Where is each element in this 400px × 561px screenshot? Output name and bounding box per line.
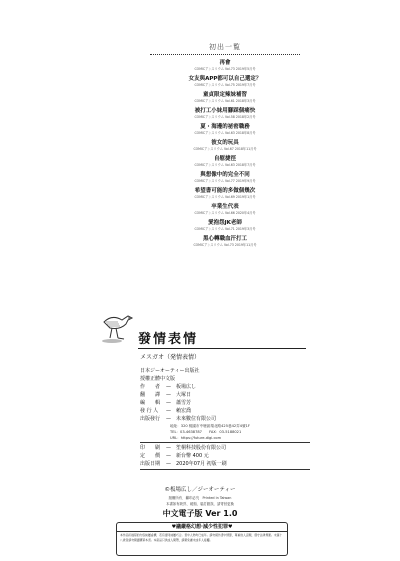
toc-item: 卒業生代表COMICアンスリウム Vol.66 2020年4月号	[150, 203, 300, 216]
toc-item: 再會COMICアンスリウム Vol.73 2019年5月号	[150, 59, 300, 72]
toc-item: 童貞限定辣妹補習COMICアンスリウム Vol.61 2018年3月号	[150, 91, 300, 104]
toc-divider	[150, 54, 300, 55]
credits-divider-bottom	[140, 469, 310, 470]
credit-row: 翻 譯— 大塚日	[140, 391, 310, 399]
toc-item: 被打工小妹用腳踩個痛快COMICアンスリウム Vol.58 2018年2月号	[150, 107, 300, 120]
credit-row: 出版日期— 2020年07月 初版一刷	[140, 460, 310, 468]
toc-item-source: COMICアンスリウム Vol.63 2018年8月号	[150, 131, 300, 136]
toc-item-source: COMICアンスリウム Vol.73 2019年11月号	[150, 243, 300, 248]
notice-heading: ♥議嚴格幻想·減少性犯罪♥	[117, 523, 287, 532]
toc-item-title: 黑心轉職血汗打工	[150, 235, 300, 243]
toc-item-title: 愛抱怨JK老師	[150, 219, 300, 227]
credit-row: 定 價— 新台幣 400 元	[140, 452, 310, 460]
toc-list: 再會COMICアンスリウム Vol.73 2019年5月号女友與APP都可以自己…	[150, 59, 300, 248]
toc-title: 初出一覧	[150, 42, 300, 52]
toc-item-title: 被打工小妹用腳踩個痛快	[150, 107, 300, 115]
credit-value: — 笙桐科技股份有限公司	[166, 444, 310, 452]
toc-item-source: COMICアンスリウム Vol.75 2019年7月号	[150, 83, 300, 88]
bird-logo-icon	[98, 308, 138, 346]
copyright: ©板場広し／ジーオーティー	[120, 485, 280, 493]
print-rows: 印 刷— 笙桐科技股份有限公司定 價— 新台幣 400 元出版日期— 2020年…	[140, 444, 310, 468]
toc-item: 夏・海邊的祕密職務COMICアンスリウム Vol.63 2018年8月号	[150, 123, 300, 136]
toc-item-title: 希望書可能的多做個幾次	[150, 187, 300, 195]
toc-item: 愛抱怨JK老師COMICアンスリウム Vol.71 2019年3月号	[150, 219, 300, 232]
credit-label: 定 價	[140, 452, 166, 460]
credit-value: — 蕭雪芳	[166, 399, 310, 407]
toc-item: 與想像中的完全不同COMICアンスリウム Vol.77 2019年9月号	[150, 171, 300, 184]
credits-divider	[140, 442, 310, 443]
toc-item-source: COMICアンスリウム Vol.63 2018年7月号	[150, 163, 300, 168]
toc-item: 希望書可能的多做個幾次COMICアンスリウム Vol.69 2019年1月号	[150, 187, 300, 200]
toc-item: 彼女的玩具COMICアンスリウム Vol.67 2018年11月号	[150, 139, 300, 152]
credit-label: 印 刷	[140, 444, 166, 452]
credit-label: 編 輯	[140, 399, 166, 407]
credit-label: 出版日期	[140, 460, 166, 468]
toc-item-source: COMICアンスリウム Vol.73 2019年5月号	[150, 67, 300, 72]
toc-item-source: COMICアンスリウム Vol.71 2019年3月号	[150, 227, 300, 232]
credit-row: 出版發行— 未來數位有限公司	[140, 415, 310, 423]
edition-label: 中文電子版 Ver 1.0	[120, 508, 280, 519]
toc-item-title: 與想像中的完全不同	[150, 171, 300, 179]
credit-value: — 板場広し	[166, 383, 310, 391]
license-line: 授權正體中文版	[140, 375, 310, 383]
credit-value: — 2020年07月 初版一刷	[166, 460, 310, 468]
book-title: 發情表情	[138, 328, 198, 347]
toc-item-source: COMICアンスリウム Vol.67 2018年11月号	[150, 147, 300, 152]
toc-item-title: 夏・海邊的祕密職務	[150, 123, 300, 131]
title-divider	[138, 348, 306, 349]
original-title: メスガオ（発情表情）	[140, 352, 200, 361]
website-url: URL：https://future-digi.com	[140, 435, 310, 441]
credit-label: 出版發行	[140, 415, 166, 423]
credits-block: 日本ジーオーティー出版社 授權正體中文版 作 者— 板場広し翻 譯— 大塚日編 …	[140, 367, 310, 471]
credit-label: 翻 譯	[140, 391, 166, 399]
toc-item-source: COMICアンスリウム Vol.66 2020年4月号	[150, 211, 300, 216]
toc-section: 初出一覧 再會COMICアンスリウム Vol.73 2019年5月号女友與APP…	[150, 42, 300, 251]
credit-label: 發 行 人	[140, 407, 166, 415]
credit-value: — 未來數位有限公司	[166, 415, 310, 423]
printed-in: 版權所有．翻印必究 Printed in Taiwan	[120, 495, 280, 500]
toc-item: 自慰捷徑COMICアンスリウム Vol.63 2018年7月号	[150, 155, 300, 168]
toc-item-title: 再會	[150, 59, 300, 67]
toc-item-title: 童貞限定辣妹補習	[150, 91, 300, 99]
credit-row: 發 行 人— 賴宏喬	[140, 407, 310, 415]
toc-item-title: 彼女的玩具	[150, 139, 300, 147]
toc-item-title: 自慰捷徑	[150, 155, 300, 163]
notice-body: 本作品所描寫的內容純屬虛構，若有雷同純屬巧合。書中人物均已成年。請勿模仿書中情節…	[117, 532, 287, 556]
toc-item-source: COMICアンスリウム Vol.69 2019年1月号	[150, 195, 300, 200]
credit-value: — 大塚日	[166, 391, 310, 399]
credit-row: 作 者— 板場広し	[140, 383, 310, 391]
toc-item-title: 女友與APP都可以自己選定？	[150, 75, 300, 83]
notice-small: 本書如有缺頁、破損、裝訂錯誤，請寄回更換	[120, 501, 280, 506]
notice-box: ♥議嚴格幻想·減少性犯罪♥ 本作品所描寫的內容純屬虛構，若有雷同純屬巧合。書中人…	[116, 522, 288, 556]
credit-value: — 新台幣 400 元	[166, 452, 310, 460]
credit-row: 編 輯— 蕭雪芳	[140, 399, 310, 407]
credit-value: — 賴宏喬	[166, 407, 310, 415]
toc-item-source: COMICアンスリウム Vol.61 2018年3月号	[150, 99, 300, 104]
toc-item: 黑心轉職血汗打工COMICアンスリウム Vol.73 2019年11月号	[150, 235, 300, 248]
credit-rows: 作 者— 板場広し翻 譯— 大塚日編 輯— 蕭雪芳發 行 人— 賴宏喬出版發行—…	[140, 383, 310, 423]
toc-item-source: COMICアンスリウム Vol.77 2019年9月号	[150, 179, 300, 184]
toc-item: 女友與APP都可以自己選定？COMICアンスリウム Vol.75 2019年7月…	[150, 75, 300, 88]
toc-item-source: COMICアンスリウム Vol.58 2018年2月号	[150, 115, 300, 120]
toc-item-title: 卒業生代表	[150, 203, 300, 211]
credit-row: 印 刷— 笙桐科技股份有限公司	[140, 444, 310, 452]
publisher-line: 日本ジーオーティー出版社	[140, 367, 310, 375]
credit-label: 作 者	[140, 383, 166, 391]
